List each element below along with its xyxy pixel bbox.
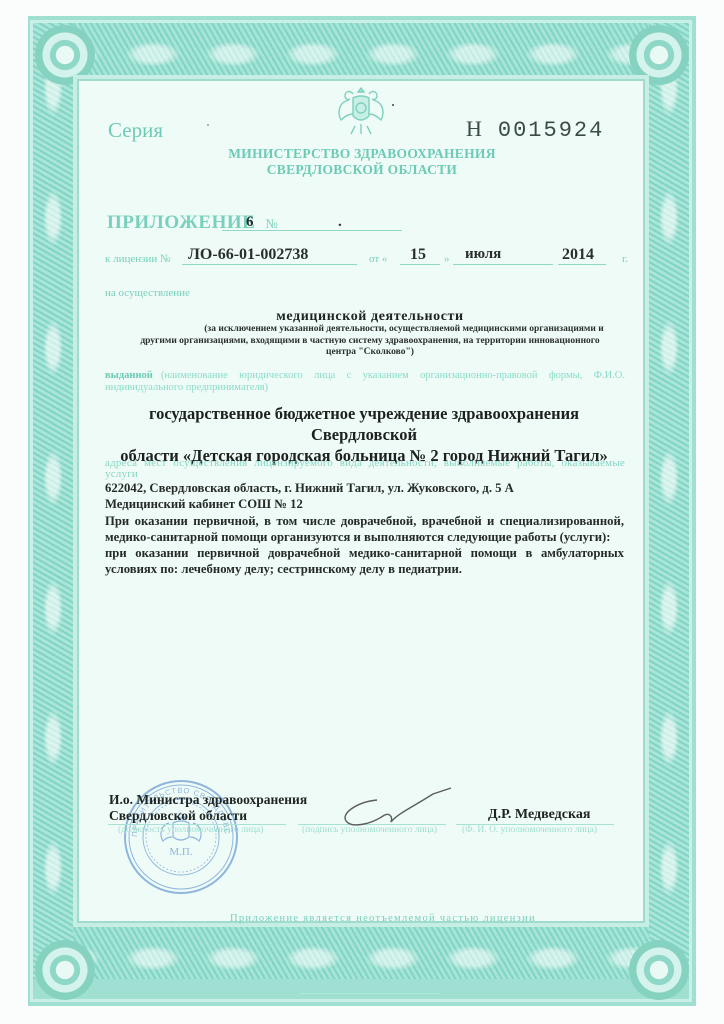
year-suffix: г.	[622, 253, 628, 265]
eagle-emblem-icon	[335, 82, 387, 138]
ornamental-band-left	[33, 23, 73, 979]
series-label: Серия	[108, 118, 163, 143]
issued-to-word: выданной	[105, 370, 153, 381]
position-line-1: И.о. Министра здравоохранения	[109, 792, 307, 808]
facility-line: Медицинский кабинет СОШ № 12	[105, 496, 624, 512]
day-line	[400, 264, 440, 265]
services-line: условиях по: лечебному делу; сестринском…	[105, 561, 624, 577]
addresses-label: адреса мест осуществления лицензируемого…	[105, 458, 625, 480]
issued-to-label: выданной(наименование юридического лица …	[105, 370, 625, 393]
series-prefix: Н	[466, 116, 484, 141]
number-sign: №	[265, 216, 278, 231]
services-line: При оказании первичной, в том числе довр…	[105, 513, 624, 529]
services-line: медико-санитарной помощи организуются и …	[105, 529, 624, 545]
license-month: июля	[465, 246, 501, 263]
name-caption: (Ф. И. О. уполномоченного лица)	[462, 825, 597, 835]
signatory-position: И.о. Министра здравоохранения Свердловск…	[109, 792, 307, 824]
corner-ornament-icon	[624, 935, 694, 1005]
series-number: Н0015924	[466, 116, 604, 143]
organization-line-1: государственное бюджетное учреждение здр…	[100, 403, 628, 445]
appendix-number-suffix: .	[338, 214, 342, 231]
address-line: 622042, Свердловская область, г. Нижний …	[105, 480, 624, 496]
month-line	[453, 264, 553, 265]
activity-note: (за исключением указанной деятельности, …	[100, 324, 640, 359]
issued-to-hint: (наименование юридического лица с указан…	[105, 370, 625, 393]
series-digits: 0015924	[498, 118, 604, 143]
year-line	[558, 264, 606, 265]
addresses-services: 622042, Свердловская область, г. Нижний …	[105, 480, 624, 578]
ministry-line-2: СВЕРДЛОВСКОЙ ОБЛАСТИ	[200, 162, 524, 178]
handwritten-signature-icon	[337, 786, 457, 830]
scan-speck	[207, 124, 209, 126]
license-number: ЛО-66-01-002738	[188, 246, 308, 264]
ministry-heading: МИНИСТЕРСТВО ЗДРАВООХРАНЕНИЯ СВЕРДЛОВСКО…	[200, 146, 524, 178]
activity-label: на осуществление	[105, 287, 190, 299]
from-label: от «	[369, 253, 387, 265]
printer-imprint	[300, 993, 440, 997]
position-line-2: Свердловской области	[109, 808, 307, 824]
ornamental-band-bottom	[33, 927, 689, 979]
corner-ornament-icon	[30, 935, 100, 1005]
services-line: при оказании первичной доврачебной медик…	[105, 545, 624, 561]
ornamental-band-top	[33, 23, 689, 75]
svg-text:М.П.: М.П.	[169, 846, 192, 858]
footer-note: Приложение является неотъемлемой частью …	[230, 913, 536, 924]
position-caption: (должность уполномоченного лица)	[118, 825, 263, 835]
activity-title: медицинской деятельности	[90, 309, 650, 325]
activity-note-line-3: центра "Сколково")	[100, 347, 640, 359]
license-label: к лицензии №	[105, 253, 171, 265]
activity-note-line-1: (за исключением указанной деятельности, …	[100, 324, 640, 336]
scan-speck	[392, 104, 394, 106]
quote-close: »	[444, 253, 450, 265]
activity-note-line-2: другими организациями, входящими в частн…	[100, 336, 640, 348]
license-number-line	[182, 264, 357, 265]
ministry-line-1: МИНИСТЕРСТВО ЗДРАВООХРАНЕНИЯ	[200, 146, 524, 162]
signatory-name: Д.Р. Медведская	[488, 807, 590, 823]
ornamental-band-right	[649, 23, 689, 979]
license-day: 15	[410, 246, 426, 264]
license-year: 2014	[562, 246, 594, 264]
appendix-number: 6	[246, 214, 254, 231]
